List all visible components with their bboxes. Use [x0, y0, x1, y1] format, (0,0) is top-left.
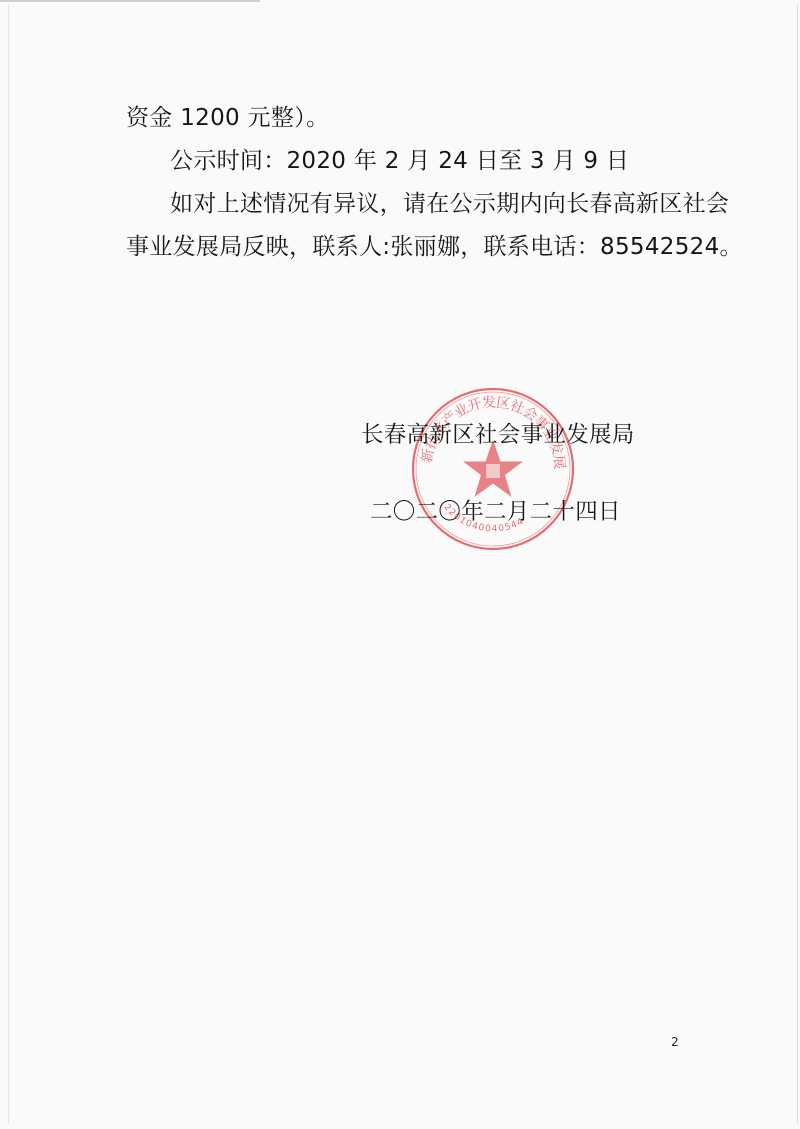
scan-edge [0, 0, 260, 2]
scan-edge [8, 4, 9, 1124]
body-line-publicity-period: 公示时间：2020 年 2 月 24 日至 3 月 9 日 [170, 146, 629, 176]
body-line-contact: 事业发展局反映，联系人:张丽娜，联系电话：85542524。 [126, 232, 743, 262]
signature-organization: 长春高新区社会事业发展局 [361, 420, 635, 450]
signature-date: 二〇二〇年二月二十四日 [370, 497, 621, 527]
document-page: 长春高新技术产业开发区社会事业发展局 2201040040544 资金 1200… [0, 0, 800, 1129]
body-line-funding: 资金 1200 元整）。 [126, 103, 329, 133]
official-seal-icon: 长春高新技术产业开发区社会事业发展局 2201040040544 [410, 386, 576, 552]
page-number: 2 [671, 1034, 679, 1050]
body-line-objection: 如对上述情况有异议，请在公示期内向长春高新区社会 [170, 189, 729, 219]
scan-edge [797, 4, 798, 1124]
